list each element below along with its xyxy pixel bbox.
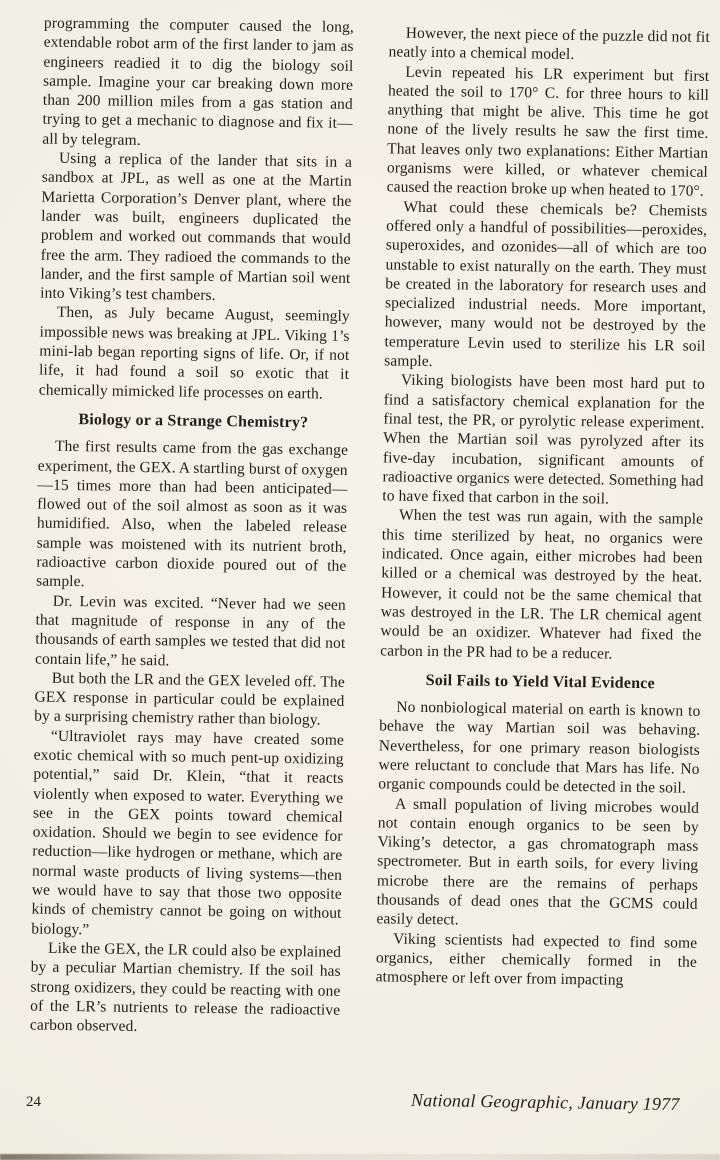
body-paragraph: Then, as July became August, seemingly i… [39, 303, 350, 404]
body-paragraph: Using a replica of the lander that sits … [40, 149, 352, 308]
body-paragraph: What could these chemicals be? Chemists … [384, 197, 707, 375]
page-edge-shadow [0, 1154, 720, 1160]
body-paragraph: The first results came from the gas exch… [36, 437, 348, 596]
body-paragraph: However, the next piece of the puzzle di… [388, 23, 710, 66]
page-content: programming the computer caused the long… [0, 0, 720, 1160]
body-paragraph: A small population of living microbes wo… [376, 794, 699, 934]
body-paragraph: “Ultraviolet rays may have created some … [31, 726, 344, 943]
section-heading: Biology or a Strange Chemistry? [38, 409, 348, 433]
column-right: However, the next piece of the puzzle di… [376, 23, 710, 991]
footer-attribution: National Geographic, January 1977 [411, 1090, 680, 1115]
body-paragraph: But both the LR and the GEX leveled off.… [34, 668, 345, 730]
section-heading: Soil Fails to Yield Vital Evidence [380, 670, 701, 694]
body-paragraph: Levin repeated his LR experiment but fir… [387, 62, 710, 202]
body-paragraph: Viking biologists have been most hard pu… [382, 371, 705, 511]
body-paragraph: When the test was run again, with the sa… [380, 506, 703, 665]
body-paragraph: No nonbiological material on earth is kn… [378, 697, 700, 798]
column-left: programming the computer caused the long… [30, 14, 354, 1040]
page-number: 24 [26, 1094, 41, 1111]
body-paragraph: programming the computer caused the long… [42, 14, 354, 153]
body-paragraph: Viking scientists had expected to find s… [376, 929, 698, 991]
body-paragraph: Dr. Levin was excited. “Never had we see… [35, 591, 346, 673]
magazine-page: programming the computer caused the long… [0, 0, 720, 1160]
body-paragraph: Like the GEX, the LR could also be expla… [30, 938, 341, 1039]
